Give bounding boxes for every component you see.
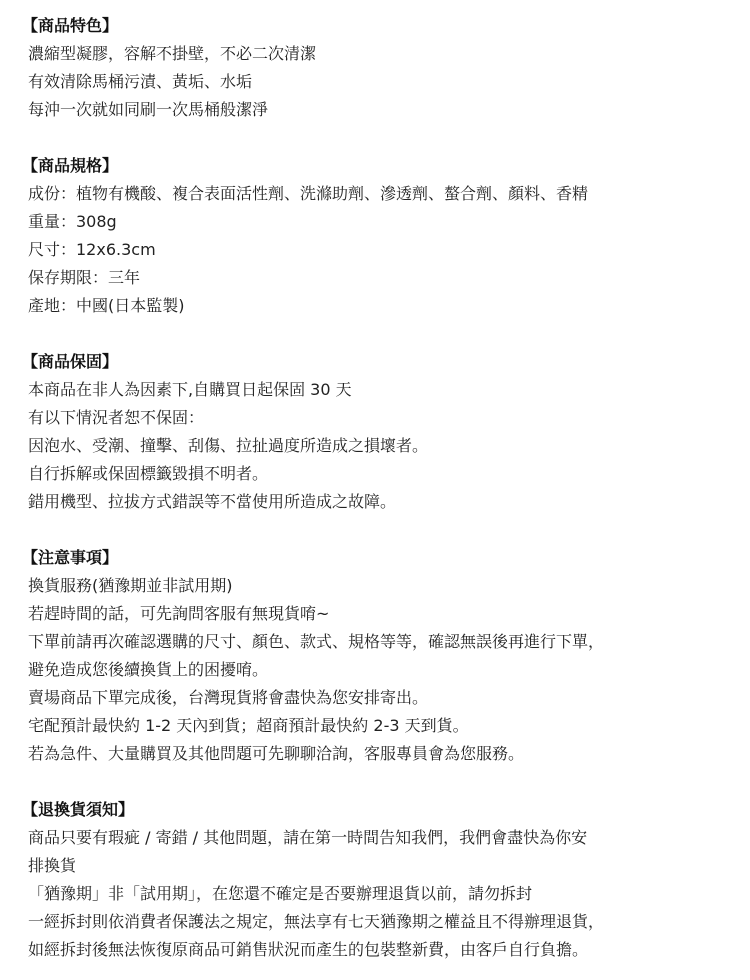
section-title: 【商品保固】 [22, 348, 750, 376]
section-title: 【商品規格】 [22, 152, 750, 180]
text-line: 如經拆封後無法恢復原商品可銷售狀況而產生的包裝整新費，由客戶自行負擔。 [28, 936, 750, 964]
text-line: 本商品在非人為因素下,自購買日起保固 30 天 [28, 376, 750, 404]
text-line: 成份：植物有機酸、複合表面活性劑、洗滌助劑、滲透劑、螯合劑、顏料、香精 [28, 180, 750, 208]
section-title: 【退換貨須知】 [22, 796, 750, 824]
text-line: 避免造成您後續換貨上的困擾唷。 [28, 656, 750, 684]
text-line: 有效清除馬桶污漬、黃垢、水垢 [28, 68, 750, 96]
text-line: 重量：308g [28, 208, 750, 236]
text-line: 錯用機型、拉拔方式錯誤等不當使用所造成之故障。 [28, 488, 750, 516]
text-line: 賣場商品下單完成後，台灣現貨將會盡快為您安排寄出。 [28, 684, 750, 712]
section-specifications: 【商品規格】 成份：植物有機酸、複合表面活性劑、洗滌助劑、滲透劑、螯合劑、顏料、… [28, 152, 750, 320]
text-line: 若趕時間的話，可先詢問客服有無現貨唷~ [28, 600, 750, 628]
text-line: 換貨服務(猶豫期並非試用期) [28, 572, 750, 600]
text-line: 自行拆解或保固標籤毀損不明者。 [28, 460, 750, 488]
text-line: 「猶豫期」非「試用期」，在您還不確定是否要辦理退貨以前，請勿拆封 [28, 880, 750, 908]
text-line: 商品只要有瑕疵 / 寄錯 / 其他問題，請在第一時間告知我們，我們會盡快為你安 [28, 824, 750, 852]
text-line: 宅配預計最快約 1-2 天內到貨；超商預計最快約 2-3 天到貨。 [28, 712, 750, 740]
text-line: 產地：中國(日本監製) [28, 292, 750, 320]
text-line: 保存期限：三年 [28, 264, 750, 292]
text-line: 因泡水、受潮、撞擊、刮傷、拉扯過度所造成之損壞者。 [28, 432, 750, 460]
text-line: 一經拆封則依消費者保護法之規定，無法享有七天猶豫期之權益且不得辦理退貨， [28, 908, 750, 936]
text-line: 若為急件、大量購買及其他問題可先聊聊洽詢，客服專員會為您服務。 [28, 740, 750, 768]
text-line: 尺寸：12x6.3cm [28, 236, 750, 264]
section-title: 【注意事項】 [22, 544, 750, 572]
text-line: 下單前請再次確認選購的尺寸、顏色、款式、規格等等，確認無誤後再進行下單， [28, 628, 750, 656]
section-returns: 【退換貨須知】 商品只要有瑕疵 / 寄錯 / 其他問題，請在第一時間告知我們，我… [28, 796, 750, 964]
section-features: 【商品特色】 濃縮型凝膠，容解不掛壁，不必二次清潔 有效清除馬桶污漬、黃垢、水垢… [28, 12, 750, 124]
section-warranty: 【商品保固】 本商品在非人為因素下,自購買日起保固 30 天 有以下情況者恕不保… [28, 348, 750, 516]
text-line: 濃縮型凝膠，容解不掛壁，不必二次清潔 [28, 40, 750, 68]
section-notes: 【注意事項】 換貨服務(猶豫期並非試用期) 若趕時間的話，可先詢問客服有無現貨唷… [28, 544, 750, 768]
text-line: 排換貨 [28, 852, 750, 880]
section-title: 【商品特色】 [22, 12, 750, 40]
text-line: 每沖一次就如同刷一次馬桶般潔淨 [28, 96, 750, 124]
product-description-document: 【商品特色】 濃縮型凝膠，容解不掛壁，不必二次清潔 有效清除馬桶污漬、黃垢、水垢… [0, 0, 750, 964]
text-line: 有以下情況者恕不保固： [28, 404, 750, 432]
